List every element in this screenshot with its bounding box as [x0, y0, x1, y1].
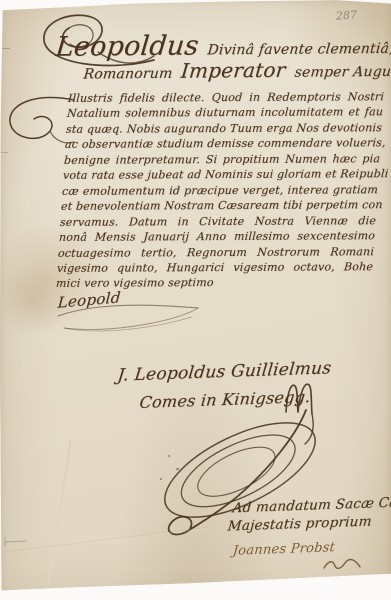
body-line: et benevolentiam Nostram Cæsaream tibi p… — [60, 197, 377, 214]
fold-crease — [46, 441, 71, 589]
heading-line1-rest: Divinâ favente clementiâ, Electus — [207, 40, 391, 58]
pencil-margin-dash — [0, 48, 10, 49]
photo-frame: 287 Leopoldus Divinâ favente clementiâ, … — [0, 0, 391, 600]
secretary-mp-mark-icon — [320, 556, 364, 572]
body-line: Illustris fidelis dilecte. Quod in Redem… — [67, 89, 384, 106]
ink-speck — [176, 468, 179, 470]
pencil-margin-dash — [0, 152, 8, 153]
folio-number: 287 — [336, 8, 358, 22]
letter-body: Illustris fidelis dilecte. Quod in Redem… — [55, 89, 384, 292]
body-line: ac observantiæ studium demisse commendar… — [64, 136, 381, 153]
body-line: octuagesimo tertio, Regnorum Nostrorum R… — [57, 244, 374, 261]
ink-speck — [168, 455, 170, 457]
fold-crease — [0, 527, 209, 556]
body-line: vota rata esse jubeat ad Nominis sui glo… — [62, 166, 379, 183]
heading-line2-pre: Romanorum — [83, 66, 173, 83]
body-line: nonâ Mensis Januarij Anno millesimo sexc… — [58, 228, 375, 245]
ink-speck — [344, 582, 347, 584]
manuscript-page: 287 Leopoldus Divinâ favente clementiâ, … — [0, 0, 391, 600]
emperor-signature-flourish-icon — [52, 298, 204, 336]
heading-imperator: Imperator — [180, 58, 287, 83]
body-line: vigesimo quinto, Hungarici vigesimo octa… — [56, 259, 373, 276]
heading-line2: Romanorum Imperator semper Augustus 7. — [83, 56, 391, 83]
heading-line2-rest: semper Augustus 7. — [294, 63, 391, 80]
body-line: cæ emolumentum id præcipue verget, inter… — [61, 182, 378, 199]
body-line: sta quæq. Nobis augurando Tuum erga Nos … — [65, 120, 382, 137]
body-line: benigne interpretamur. Si propitium Nume… — [63, 151, 380, 168]
ink-speck — [160, 478, 162, 480]
body-line: Natalium solemnibus diuturnam incolumita… — [66, 105, 383, 122]
pencil-bottom-mark — [3, 536, 31, 548]
body-line: servamus. Datum in Civitate Nostra Vienn… — [59, 213, 376, 230]
